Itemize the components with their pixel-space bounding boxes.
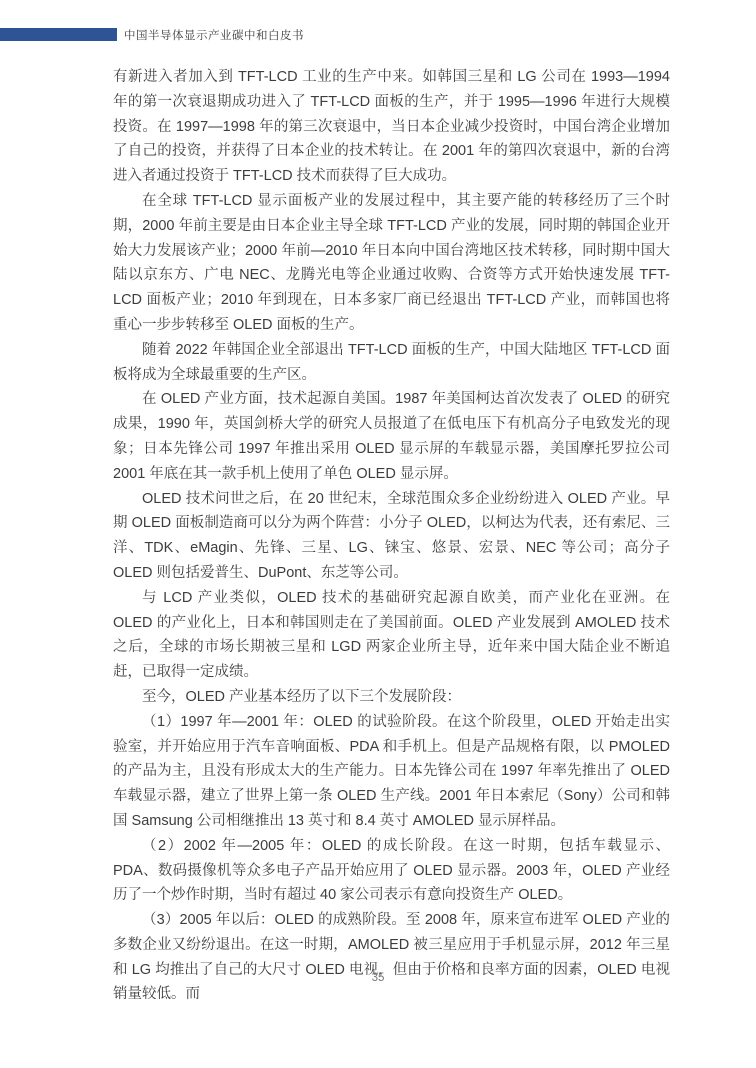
body-paragraph: 在全球 TFT-LCD 显示面板产业的发展过程中，其主要产能的转移经历了三个时期… <box>113 189 670 338</box>
header-title: 中国半导体显示产业碳中和白皮书 <box>124 27 304 43</box>
body-paragraph: 在 OLED 产业方面，技术起源自美国。1987 年美国柯达首次发表了 OLED… <box>113 387 670 486</box>
page-number: 35 <box>0 972 756 984</box>
body-paragraph: 至今，OLED 产业基本经历了以下三个发展阶段： <box>113 685 670 710</box>
body-paragraph: 与 LCD 产业类似，OLED 技术的基础研究起源自欧美，而产业化在亚洲。在 O… <box>113 586 670 685</box>
header-accent-bar <box>0 28 117 41</box>
body-paragraph: OLED 技术问世之后，在 20 世纪末，全球范围众多企业纷纷进入 OLED 产… <box>113 487 670 586</box>
page-header: 中国半导体显示产业碳中和白皮书 <box>0 0 756 56</box>
body-paragraph: （2）2002 年—2005 年：OLED 的成长阶段。在这一时期，包括车载显示… <box>113 834 670 908</box>
document-page: 中国半导体显示产业碳中和白皮书 有新进入者加入到 TFT-LCD 工业的生产中来… <box>0 0 756 1068</box>
body-paragraph: 随着 2022 年韩国企业全部退出 TFT-LCD 面板的生产，中国大陆地区 T… <box>113 338 670 388</box>
body-text-block: 有新进入者加入到 TFT-LCD 工业的生产中来。如韩国三星和 LG 公司在 1… <box>113 65 670 1007</box>
body-paragraph: （3）2005 年以后：OLED 的成熟阶段。至 2008 年，原来宣布进军 O… <box>113 908 670 1007</box>
body-paragraph: 有新进入者加入到 TFT-LCD 工业的生产中来。如韩国三星和 LG 公司在 1… <box>113 65 670 189</box>
body-paragraph: （1）1997 年—2001 年：OLED 的试验阶段。在这个阶段里，OLED … <box>113 710 670 834</box>
